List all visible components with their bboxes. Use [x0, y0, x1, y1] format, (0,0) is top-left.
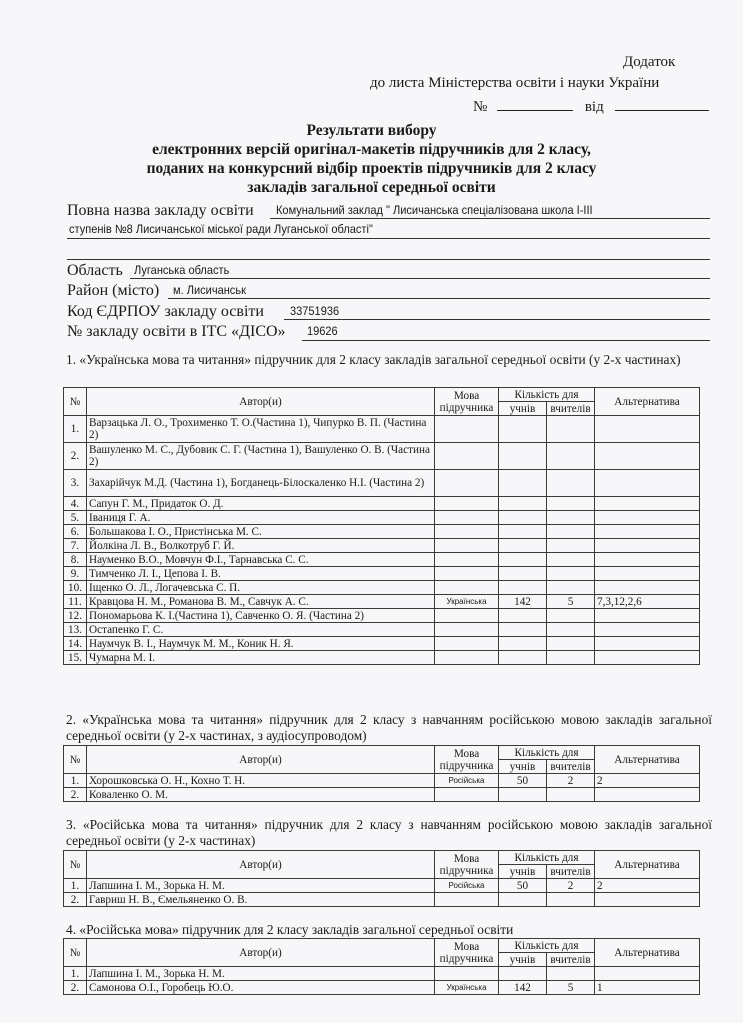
row-teachers	[547, 651, 595, 665]
row-language	[435, 609, 499, 623]
row-students	[499, 567, 547, 581]
title-line-1: Результати вибору	[0, 122, 743, 140]
row-authors: Варзацька Л. О., Трохименко Т. О.(Частин…	[87, 416, 435, 443]
row-alternative: 1	[595, 981, 700, 995]
row-teachers: 2	[547, 879, 595, 893]
row-students	[499, 416, 547, 443]
header-authors: Автор(и)	[87, 939, 435, 967]
header-no: №	[64, 851, 87, 879]
row-language	[435, 788, 499, 802]
row-language	[435, 967, 499, 981]
table-row: 3.Захарійчук М.Д. (Частина 1), Богданець…	[64, 470, 700, 497]
table-row: 1.Лапшина І. М., Зорька Н. М.Російська50…	[64, 879, 700, 893]
table-row: 8.Науменко В.О., Мовчун Ф.І., Тарнавська…	[64, 553, 700, 567]
row-authors: Кравцова Н. М., Романова В. М., Савчук А…	[87, 595, 435, 609]
table-row: 2.Самонова О.І., Горобець Ю.О.Українська…	[64, 981, 700, 995]
row-number: 8.	[64, 553, 87, 567]
table-row: 10.Іщенко О. Л., Логачевська С. П.	[64, 581, 700, 595]
row-authors: Гавриш Н. В., Ємельяненко О. В.	[87, 893, 435, 907]
header-language: Мовапідручника	[435, 939, 499, 967]
row-number: 7.	[64, 539, 87, 553]
header-quantity: Кількість для	[499, 746, 595, 760]
header-language: Мовапідручника	[435, 746, 499, 774]
row-alternative: 7,3,12,2,6	[595, 595, 700, 609]
row-alternative	[595, 637, 700, 651]
date-label: від	[585, 99, 604, 115]
row-authors: Сапун Г. М., Придаток О. Д.	[87, 497, 435, 511]
letter-number-line: № від	[473, 96, 709, 116]
row-number: 2.	[64, 788, 87, 802]
title-line-3: поданих на конкурсний відбір проектів пі…	[0, 160, 743, 178]
row-number: 1.	[64, 879, 87, 893]
row-students: 50	[499, 879, 547, 893]
row-number: 10.	[64, 581, 87, 595]
row-number: 1.	[64, 416, 87, 443]
table-row: 2.Коваленко О. М.	[64, 788, 700, 802]
row-authors: Наумчук В. І., Наумчук М. М., Коник Н. Я…	[87, 637, 435, 651]
row-alternative	[595, 893, 700, 907]
row-students	[499, 443, 547, 470]
header-authors: Автор(и)	[87, 388, 435, 416]
row-students	[499, 511, 547, 525]
row-number: 2.	[64, 893, 87, 907]
title-line-4: закладів загальної середньої освіти	[0, 179, 743, 197]
row-students	[499, 539, 547, 553]
row-authors: Вашуленко М. С., Дубовик С. Г. (Частина …	[87, 443, 435, 470]
row-language	[435, 893, 499, 907]
row-students	[499, 788, 547, 802]
addendum-label: Додаток	[623, 54, 675, 71]
table-row: 1.Хорошковська О. Н., Кохно Т. Н.Російсь…	[64, 774, 700, 788]
letter-reference: до листа Міністерства освіти і науки Укр…	[370, 75, 659, 92]
row-language: Російська	[435, 774, 499, 788]
title-line-2: електронних версій оригінал-макетів підр…	[0, 141, 743, 159]
row-alternative	[595, 416, 700, 443]
row-alternative	[595, 443, 700, 470]
row-authors: Іваниця Г. А.	[87, 511, 435, 525]
row-students	[499, 497, 547, 511]
document-page: Додаток до листа Міністерства освіти і н…	[0, 0, 743, 1023]
row-teachers	[547, 609, 595, 623]
row-number: 14.	[64, 637, 87, 651]
row-students	[499, 525, 547, 539]
header-alternative: Альтернатива	[595, 851, 700, 879]
header-language: Мовапідручника	[435, 851, 499, 879]
row-language	[435, 651, 499, 665]
table-row: 2.Вашуленко М. С., Дубовик С. Г. (Частин…	[64, 443, 700, 470]
row-language	[435, 497, 499, 511]
row-alternative	[595, 609, 700, 623]
row-language: Російська	[435, 879, 499, 893]
row-teachers	[547, 581, 595, 595]
row-alternative	[595, 651, 700, 665]
row-students	[499, 893, 547, 907]
header-authors: Автор(и)	[87, 746, 435, 774]
edrpou-value: 33751936	[290, 304, 339, 318]
table-row: 2.Гавриш Н. В., Ємельяненко О. В.	[64, 893, 700, 907]
row-number: 15.	[64, 651, 87, 665]
row-teachers	[547, 539, 595, 553]
row-teachers	[547, 470, 595, 497]
header-no: №	[64, 388, 87, 416]
section-1-title: 1. «Українська мова та читання» підручни…	[66, 352, 712, 368]
row-authors: Самонова О.І., Горобець Ю.О.	[87, 981, 435, 995]
table-row: 5.Іваниця Г. А.	[64, 511, 700, 525]
row-alternative	[595, 511, 700, 525]
row-authors: Науменко В.О., Мовчун Ф.І., Тарнавська С…	[87, 553, 435, 567]
row-number: 3.	[64, 470, 87, 497]
header-students: учнів	[499, 953, 547, 967]
row-students	[499, 470, 547, 497]
row-teachers	[547, 788, 595, 802]
row-authors: Пономарьова К. І.(Частина 1), Савченко О…	[87, 609, 435, 623]
diso-label: № закладу освіти в ІТС «ДІСО»	[67, 323, 286, 341]
row-alternative	[595, 525, 700, 539]
header-quantity: Кількість для	[499, 851, 595, 865]
row-authors: Захарійчук М.Д. (Частина 1), Богданець-Б…	[87, 470, 435, 497]
section-1-table: №Автор(и)МовапідручникаКількість дляАльт…	[63, 387, 700, 665]
row-number: 5.	[64, 511, 87, 525]
row-alternative: 2	[595, 879, 700, 893]
date-blank	[615, 96, 709, 111]
table-row: 15.Чумарна М. І.	[64, 651, 700, 665]
row-authors: Тимченко Л. І., Цепова І. В.	[87, 567, 435, 581]
row-authors: Большакова І. О., Пристінська М. С.	[87, 525, 435, 539]
district-label: Район (місто)	[67, 282, 159, 300]
row-students	[499, 637, 547, 651]
row-authors: Іщенко О. Л., Логачевська С. П.	[87, 581, 435, 595]
table-row: 1.Варзацька Л. О., Трохименко Т. О.(Част…	[64, 416, 700, 443]
header-students: учнів	[499, 402, 547, 416]
row-teachers	[547, 511, 595, 525]
row-teachers	[547, 637, 595, 651]
header-teachers: вчителів	[547, 865, 595, 879]
table-row: 4.Сапун Г. М., Придаток О. Д.	[64, 497, 700, 511]
row-alternative	[595, 470, 700, 497]
row-students	[499, 967, 547, 981]
header-alternative: Альтернатива	[595, 746, 700, 774]
row-language	[435, 539, 499, 553]
section-2-title: 2. «Українська мова та читання» підручни…	[66, 712, 712, 744]
row-alternative	[595, 553, 700, 567]
row-students	[499, 651, 547, 665]
row-authors: Лапшина І. М., Зорька Н. М.	[87, 879, 435, 893]
row-alternative	[595, 967, 700, 981]
header-students: учнів	[499, 760, 547, 774]
row-authors: Лапшина І. М., Зорька Н. М.	[87, 967, 435, 981]
table-row: 1.Лапшина І. М., Зорька Н. М.	[64, 967, 700, 981]
section-3-title: 3. «Російська мова та читання» підручник…	[66, 817, 712, 849]
row-language: Українська	[435, 981, 499, 995]
section-3-table: №Автор(и)МовапідручникаКількість дляАльт…	[63, 850, 700, 907]
full-name-label: Повна назва закладу освіти	[67, 202, 254, 220]
row-language	[435, 581, 499, 595]
row-teachers	[547, 893, 595, 907]
row-students	[499, 623, 547, 637]
row-language	[435, 567, 499, 581]
row-number: 2.	[64, 981, 87, 995]
row-students: 50	[499, 774, 547, 788]
section-2-table: №Автор(и)МовапідручникаКількість дляАльт…	[63, 745, 700, 802]
full-name-value-2: ступенів №8 Лисичанської міської ради Лу…	[69, 222, 373, 236]
row-alternative	[595, 497, 700, 511]
header-teachers: вчителів	[547, 953, 595, 967]
row-language	[435, 470, 499, 497]
row-alternative	[595, 788, 700, 802]
header-teachers: вчителів	[547, 760, 595, 774]
row-number: 13.	[64, 623, 87, 637]
row-students: 142	[499, 981, 547, 995]
table-row: 13.Остапенко Г. С.	[64, 623, 700, 637]
row-teachers	[547, 623, 595, 637]
row-language	[435, 416, 499, 443]
row-alternative	[595, 567, 700, 581]
row-authors: Чумарна М. І.	[87, 651, 435, 665]
row-language: Українська	[435, 595, 499, 609]
header-quantity: Кількість для	[499, 388, 595, 402]
number-label: №	[473, 99, 487, 115]
row-number: 11.	[64, 595, 87, 609]
table-row: 14.Наумчук В. І., Наумчук М. М., Коник Н…	[64, 637, 700, 651]
row-alternative	[595, 539, 700, 553]
table-row: 9.Тимченко Л. І., Цепова І. В.	[64, 567, 700, 581]
row-language	[435, 637, 499, 651]
row-number: 9.	[64, 567, 87, 581]
row-teachers: 5	[547, 595, 595, 609]
header-authors: Автор(и)	[87, 851, 435, 879]
row-teachers	[547, 553, 595, 567]
table-row: 11.Кравцова Н. М., Романова В. М., Савчу…	[64, 595, 700, 609]
row-teachers	[547, 525, 595, 539]
table-row: 12.Пономарьова К. І.(Частина 1), Савченк…	[64, 609, 700, 623]
section-4-title: 4. «Російська мова» підручник для 2 клас…	[66, 922, 712, 938]
row-language	[435, 443, 499, 470]
region-label: Область	[67, 262, 123, 280]
header-no: №	[64, 746, 87, 774]
header-quantity: Кількість для	[499, 939, 595, 953]
row-number: 12.	[64, 609, 87, 623]
row-students	[499, 581, 547, 595]
row-number: 1.	[64, 967, 87, 981]
row-teachers	[547, 416, 595, 443]
full-name-value-1: Комунальний заклад " Лисичанська спеціал…	[276, 203, 593, 217]
header-alternative: Альтернатива	[595, 939, 700, 967]
header-alternative: Альтернатива	[595, 388, 700, 416]
header-language: Мовапідручника	[435, 388, 499, 416]
row-language	[435, 623, 499, 637]
row-number: 4.	[64, 497, 87, 511]
row-students	[499, 553, 547, 567]
table-row: 7.Йолкіна Л. В., Волкотруб Г. Й.	[64, 539, 700, 553]
header-teachers: вчителів	[547, 402, 595, 416]
row-authors: Йолкіна Л. В., Волкотруб Г. Й.	[87, 539, 435, 553]
row-number: 6.	[64, 525, 87, 539]
header-no: №	[64, 939, 87, 967]
row-teachers: 5	[547, 981, 595, 995]
row-teachers	[547, 497, 595, 511]
district-value: м. Лисичанськ	[173, 283, 246, 297]
row-language	[435, 553, 499, 567]
row-authors: Остапенко Г. С.	[87, 623, 435, 637]
diso-value: 19626	[307, 324, 338, 338]
row-teachers	[547, 443, 595, 470]
header-students: учнів	[499, 865, 547, 879]
row-language	[435, 511, 499, 525]
row-alternative	[595, 581, 700, 595]
row-authors: Коваленко О. М.	[87, 788, 435, 802]
row-students	[499, 609, 547, 623]
row-authors: Хорошковська О. Н., Кохно Т. Н.	[87, 774, 435, 788]
section-4-table: №Автор(и)МовапідручникаКількість дляАльт…	[63, 938, 700, 995]
row-teachers: 2	[547, 774, 595, 788]
row-teachers	[547, 567, 595, 581]
row-alternative: 2	[595, 774, 700, 788]
table-row: 6.Большакова І. О., Пристінська М. С.	[64, 525, 700, 539]
row-alternative	[595, 623, 700, 637]
region-value: Луганська область	[134, 263, 229, 277]
number-blank	[497, 96, 573, 111]
row-language	[435, 525, 499, 539]
row-number: 2.	[64, 443, 87, 470]
row-students: 142	[499, 595, 547, 609]
row-teachers	[547, 967, 595, 981]
row-number: 1.	[64, 774, 87, 788]
edrpou-label: Код ЄДРПОУ закладу освіти	[67, 303, 264, 321]
